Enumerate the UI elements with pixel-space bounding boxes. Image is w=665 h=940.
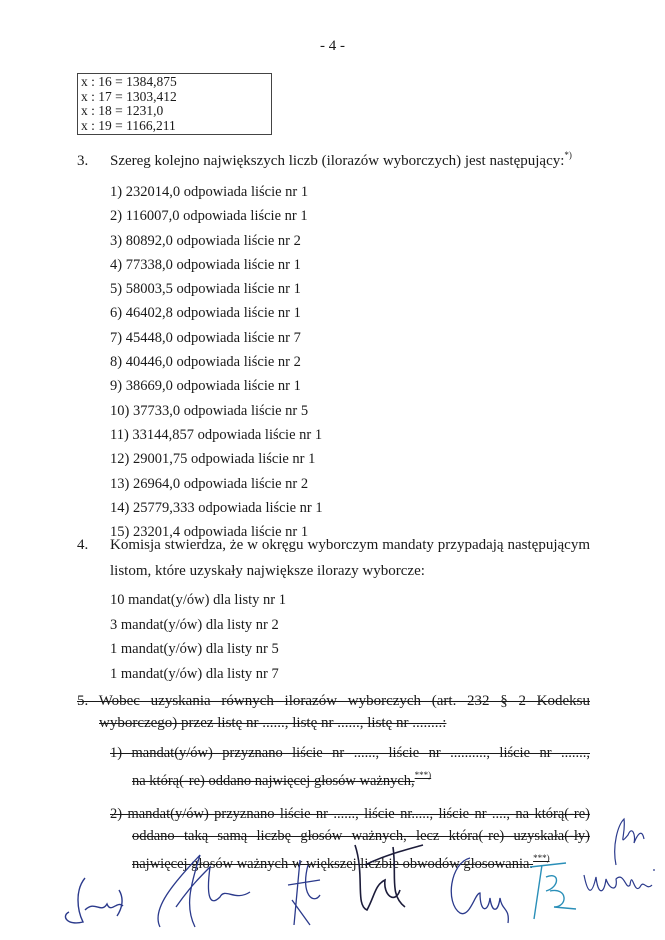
signatures-area bbox=[0, 835, 665, 940]
list-item: 1 mandat(y/ów) dla listy nr 7 bbox=[110, 662, 286, 687]
section-4-line-1: Komisja stwierdza, że w okręgu wyborczym… bbox=[110, 532, 590, 558]
signature-4-icon bbox=[345, 835, 425, 920]
section-4: 4. Komisja stwierdza, że w okręgu wyborc… bbox=[77, 532, 590, 584]
section-5-line-2: wyborczego) przez listę nr ......, listę… bbox=[77, 712, 590, 734]
list-item: 5) 58003,5 odpowiada liście nr 1 bbox=[110, 277, 323, 301]
section-number: 3. bbox=[77, 153, 110, 170]
quotient-table-box: x : 16 = 1384,875 x : 17 = 1303,412 x : … bbox=[77, 73, 272, 135]
list-item: 2) 116007,0 odpowiada liście nr 1 bbox=[110, 204, 323, 228]
list-item: 13) 26964,0 odpowiada liście nr 2 bbox=[110, 472, 323, 496]
list-item: 3 mandat(y/ów) dla listy nr 2 bbox=[110, 613, 286, 638]
section-5-struck: 5. Wobec uzyskania równych ilorazów wybo… bbox=[77, 690, 590, 734]
signature-6-icon bbox=[520, 857, 580, 927]
list-item: 6) 46402,8 odpowiada liście nr 1 bbox=[110, 301, 323, 325]
subitem-2-line-1: 2) mandat(y/ów) przyznano liście nr ....… bbox=[110, 803, 590, 825]
section-5-subitem-1: 1) mandat(y/ów) przyznano liście nr ....… bbox=[110, 742, 590, 792]
footnote-marker: *) bbox=[564, 150, 572, 160]
mandate-allocation-list: 10 mandat(y/ów) dla listy nr 1 3 mandat(… bbox=[110, 588, 286, 686]
list-item: 10 mandat(y/ów) dla listy nr 1 bbox=[110, 588, 286, 613]
list-item: 11) 33144,857 odpowiada liście nr 1 bbox=[110, 423, 323, 447]
page-number: - 4 - bbox=[0, 38, 665, 55]
signature-5-icon bbox=[440, 853, 520, 928]
section-3-text: Szereg kolejno największych liczb (ilora… bbox=[110, 153, 564, 169]
section-5-line-1: 5. Wobec uzyskania równych ilorazów wybo… bbox=[77, 690, 590, 712]
list-item: 9) 38669,0 odpowiada liście nr 1 bbox=[110, 374, 323, 398]
footnote-marker: ***) bbox=[415, 770, 432, 780]
list-item: 8) 40446,0 odpowiada liście nr 2 bbox=[110, 350, 323, 374]
section-4-line-2: listom, które uzyskały największe iloraz… bbox=[77, 558, 590, 584]
list-item: 14) 25779,333 odpowiada liście nr 1 bbox=[110, 496, 323, 520]
list-item: 7) 45448,0 odpowiada liście nr 7 bbox=[110, 326, 323, 350]
quotient-row: x : 16 = 1384,875 bbox=[81, 75, 271, 90]
quotient-row: x : 18 = 1231,0 bbox=[81, 104, 271, 119]
list-item: 3) 80892,0 odpowiada liście nr 2 bbox=[110, 229, 323, 253]
list-item: 12) 29001,75 odpowiada liście nr 1 bbox=[110, 447, 323, 471]
section-3-heading: 3.Szereg kolejno największych liczb (ilo… bbox=[77, 150, 572, 170]
list-item: 4) 77338,0 odpowiada liście nr 1 bbox=[110, 253, 323, 277]
subitem-1-line-1: 1) mandat(y/ów) przyznano liście nr ....… bbox=[110, 742, 590, 764]
list-item: 1 mandat(y/ów) dla listy nr 5 bbox=[110, 637, 286, 662]
signature-8-icon bbox=[598, 815, 648, 870]
signature-2-icon bbox=[140, 847, 260, 937]
list-item: 1) 232014,0 odpowiada liście nr 1 bbox=[110, 180, 323, 204]
quotient-row: x : 17 = 1303,412 bbox=[81, 90, 271, 105]
subitem-1-line-2: na którą(-re) oddano najwięcej głosów wa… bbox=[132, 773, 415, 789]
section-number: 4. bbox=[77, 532, 110, 558]
quotient-ranking-list: 1) 232014,0 odpowiada liście nr 1 2) 116… bbox=[110, 180, 323, 544]
signature-7-icon bbox=[580, 865, 660, 905]
list-item: 10) 37733,0 odpowiada liście nr 5 bbox=[110, 399, 323, 423]
quotient-row: x : 19 = 1166,211 bbox=[81, 119, 271, 134]
signature-1-icon bbox=[55, 870, 130, 930]
signature-3-icon bbox=[280, 855, 330, 935]
